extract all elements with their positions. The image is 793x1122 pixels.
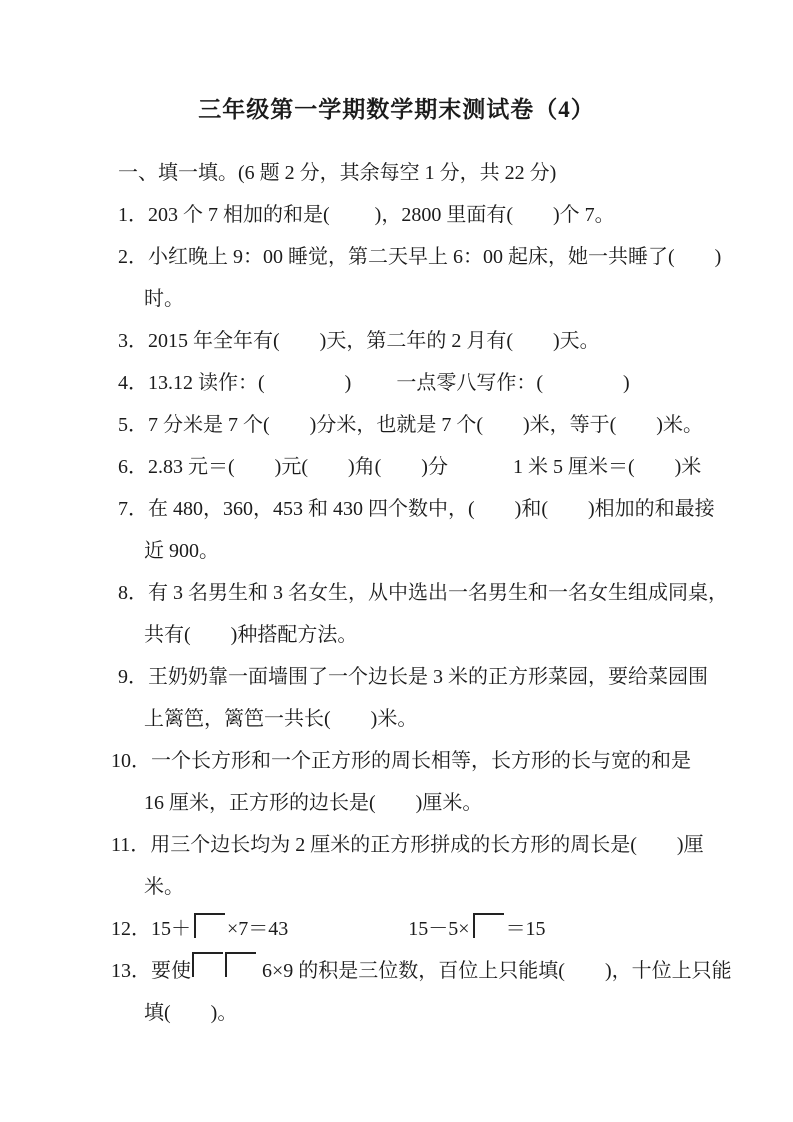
blank-box	[192, 952, 223, 977]
question-text: 1．203 个 7 相加的和是( )，2800 里面有( )个 7。	[118, 194, 793, 236]
question-5: 5．7 分米是 7 个( )分米，也就是 7 个( )米，等于( )米。	[118, 404, 793, 446]
question-8: 8．有 3 名男生和 3 名女生，从中选出一名男生和一名女生组成同桌， 共有( …	[118, 572, 793, 656]
fill-in-section: 一、填一填。(6 题 2 分，其余每空 1 分，共 22 分) 1．203 个 …	[0, 152, 793, 1034]
question-text-continued: 共有( )种搭配方法。	[118, 614, 793, 656]
blank-box	[473, 913, 504, 938]
question-7: 7．在 480，360，453 和 430 四个数中，( )和( )相加的和最接…	[118, 488, 793, 572]
blank-box	[194, 913, 225, 938]
question-text: 13．要使 6×9 的积是三位数，百位上只能填( )，十位上只能	[111, 950, 793, 992]
equation-right-suffix: ＝15	[506, 918, 546, 940]
question-text: 12．15＋×7＝43 15－5×＝15	[111, 908, 793, 950]
question-1: 1．203 个 7 相加的和是( )，2800 里面有( )个 7。	[118, 194, 793, 236]
question-12: 12．15＋×7＝43 15－5×＝15	[118, 908, 793, 950]
test-paper-page: 三年级第一学期数学期末测试卷（4） 一、填一填。(6 题 2 分，其余每空 1 …	[0, 0, 793, 1122]
equation-left-prefix: 12．15＋	[111, 918, 191, 940]
question-13: 13．要使 6×9 的积是三位数，百位上只能填( )，十位上只能 填( )。	[118, 950, 793, 1034]
page-title: 三年级第一学期数学期末测试卷（4）	[0, 95, 793, 125]
question-text: 11．用三个边长均为 2 厘米的正方形拼成的长方形的周长是( )厘	[111, 824, 793, 866]
question-text: 9．王奶奶靠一面墙围了一个边长是 3 米的正方形菜园，要给菜园围	[118, 656, 793, 698]
question-text-continued: 近 900。	[118, 530, 793, 572]
question-11: 11．用三个边长均为 2 厘米的正方形拼成的长方形的周长是( )厘 米。	[118, 824, 793, 908]
question-text: 7．在 480，360，453 和 430 四个数中，( )和( )相加的和最接	[118, 488, 793, 530]
question-3: 3．2015 年全年有( )天，第二年的 2 月有( )天。	[118, 320, 793, 362]
question-2: 2．小红晚上 9：00 睡觉，第二天早上 6：00 起床，她一共睡了( ) 时。	[118, 236, 793, 320]
question-text-continued: 时。	[118, 278, 793, 320]
equation-left-suffix: ×7＝43	[227, 918, 288, 940]
question-text: 5．7 分米是 7 个( )分米，也就是 7 个( )米，等于( )米。	[118, 404, 793, 446]
question-text-continued: 16 厘米，正方形的边长是( )厘米。	[118, 782, 793, 824]
equation-gap	[288, 918, 408, 940]
question-text-continued: 上篱笆，篱笆一共长( )米。	[118, 698, 793, 740]
question-prefix: 13．要使	[111, 960, 191, 982]
question-text-continued: 填( )。	[118, 992, 793, 1034]
question-text: 4．13.12 读作：( ) 一点零八写作：( )	[118, 362, 793, 404]
question-10: 10．一个长方形和一个正方形的周长相等，长方形的长与宽的和是 16 厘米，正方形…	[118, 740, 793, 824]
question-9: 9．王奶奶靠一面墙围了一个边长是 3 米的正方形菜园，要给菜园围 上篱笆，篱笆一…	[118, 656, 793, 740]
question-text: 6．2.83 元＝( )元( )角( )分 1 米 5 厘米＝( )米	[118, 446, 793, 488]
section-heading: 一、填一填。(6 题 2 分，其余每空 1 分，共 22 分)	[118, 152, 793, 194]
equation-right-prefix: 15－5×	[408, 918, 469, 940]
question-text: 10．一个长方形和一个正方形的周长相等，长方形的长与宽的和是	[111, 740, 793, 782]
question-4: 4．13.12 读作：( ) 一点零八写作：( )	[118, 362, 793, 404]
question-text: 8．有 3 名男生和 3 名女生，从中选出一名男生和一名女生组成同桌，	[118, 572, 793, 614]
question-6: 6．2.83 元＝( )元( )角( )分 1 米 5 厘米＝( )米	[118, 446, 793, 488]
question-text: 3．2015 年全年有( )天，第二年的 2 月有( )天。	[118, 320, 793, 362]
blank-box	[225, 952, 256, 977]
question-suffix: 6×9 的积是三位数，百位上只能填( )，十位上只能	[257, 960, 732, 982]
question-text-continued: 米。	[118, 866, 793, 908]
question-text: 2．小红晚上 9：00 睡觉，第二天早上 6：00 起床，她一共睡了( )	[118, 236, 793, 278]
